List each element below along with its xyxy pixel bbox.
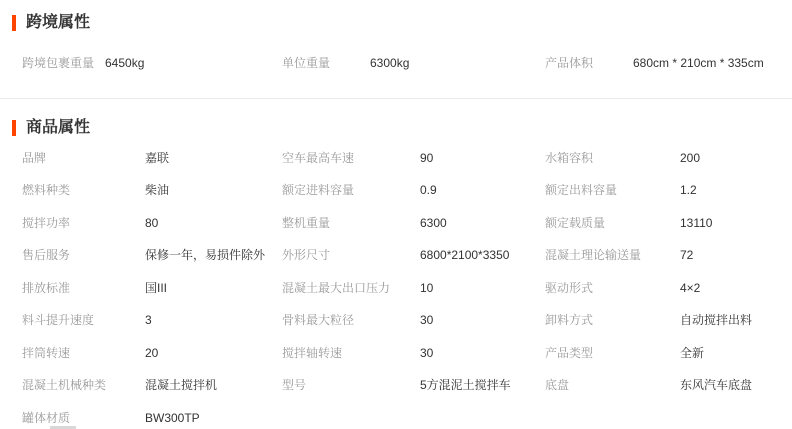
attribute-cell: 外形尺寸6800*2100*3350 — [282, 246, 545, 263]
attribute-value: 6300 — [420, 216, 447, 230]
attribute-value: 10 — [420, 281, 433, 295]
product-attributes-section: 商品属性 品牌嘉联空车最高车速90水箱容积200燃料种类柴油额定进料容量0.9额… — [0, 99, 792, 429]
attribute-value: 混凝土搅拌机 — [145, 376, 217, 393]
attribute-value: 6300kg — [370, 56, 409, 70]
attribute-cell: 单位重量6300kg — [282, 54, 545, 71]
attribute-cell: 额定进料容量0.9 — [282, 181, 545, 198]
attribute-cell: 拌筒转速20 — [22, 344, 282, 361]
attribute-cell: 水箱容积200 — [545, 149, 792, 166]
attribute-value: 1.2 — [680, 183, 697, 197]
attribute-cell: 跨境包裹重量6450kg — [22, 54, 282, 71]
attribute-cell: 售后服务保修一年，易损件除外 — [22, 246, 282, 263]
attribute-label: 卸料方式 — [545, 311, 680, 328]
attribute-row: 混凝土机械种类混凝土搅拌机型号5方混泥土搅拌车底盘东风汽车底盘 — [0, 369, 792, 402]
attribute-label: 额定出料容量 — [545, 181, 680, 198]
attribute-label: 额定载质量 — [545, 214, 680, 231]
product-attributes-page: 跨境属性 跨境包裹重量6450kg单位重量6300kg产品体积680cm * 2… — [0, 0, 792, 429]
attribute-label: 拌筒转速 — [22, 344, 145, 361]
attribute-label: 型号 — [282, 376, 420, 393]
attribute-value: 全新 — [680, 344, 704, 361]
attribute-label: 燃料种类 — [22, 181, 145, 198]
attribute-value: 0.9 — [420, 183, 437, 197]
attribute-value: 保修一年，易损件除外 — [145, 246, 265, 263]
attribute-label: 混凝土最大出口压力 — [282, 279, 420, 296]
attribute-value: 20 — [145, 346, 158, 360]
attribute-label: 额定进料容量 — [282, 181, 420, 198]
attribute-value: 3 — [145, 313, 152, 327]
attribute-row: 跨境包裹重量6450kg单位重量6300kg产品体积680cm * 210cm … — [0, 52, 792, 72]
product-section-title: 商品属性 — [26, 119, 90, 137]
attribute-value: 90 — [420, 151, 433, 165]
attribute-label: 单位重量 — [282, 54, 370, 71]
attribute-cell: 混凝土理论输送量72 — [545, 246, 792, 263]
attribute-label: 整机重量 — [282, 214, 420, 231]
attribute-value: 6450kg — [105, 56, 144, 70]
attribute-cell: 燃料种类柴油 — [22, 181, 282, 198]
attribute-value: 680cm * 210cm * 335cm — [633, 56, 764, 70]
attribute-cell: 驱动形式4×2 — [545, 279, 792, 296]
attribute-cell: 整机重量6300 — [282, 214, 545, 231]
attribute-cell: 底盘东风汽车底盘 — [545, 376, 792, 393]
attribute-label: 品牌 — [22, 149, 145, 166]
attribute-label: 产品类型 — [545, 344, 680, 361]
attribute-row: 燃料种类柴油额定进料容量0.9额定出料容量1.2 — [0, 174, 792, 207]
attribute-value: 30 — [420, 313, 433, 327]
attribute-cell: 品牌嘉联 — [22, 149, 282, 166]
attribute-row: 排放标准国III混凝土最大出口压力10驱动形式4×2 — [0, 271, 792, 304]
attribute-label: 骨料最大粒径 — [282, 311, 420, 328]
attribute-label: 混凝土机械种类 — [22, 376, 145, 393]
attribute-value: 80 — [145, 216, 158, 230]
attribute-row: 罐体材质BW300TP — [0, 401, 792, 429]
attribute-value: 13110 — [680, 216, 712, 230]
attribute-row: 拌筒转速20搅拌轴转速30产品类型全新 — [0, 336, 792, 369]
attribute-value: 东风汽车底盘 — [680, 376, 752, 393]
attribute-cell: 骨料最大粒径30 — [282, 311, 545, 328]
crossborder-attributes-section: 跨境属性 跨境包裹重量6450kg单位重量6300kg产品体积680cm * 2… — [0, 14, 792, 72]
attribute-cell: 额定载质量13110 — [545, 214, 792, 231]
attribute-row: 品牌嘉联空车最高车速90水箱容积200 — [0, 141, 792, 174]
attribute-cell: 罐体材质BW300TP — [22, 409, 282, 426]
attribute-cell: 卸料方式自动搅拌出料 — [545, 311, 792, 328]
attribute-label: 混凝土理论输送量 — [545, 246, 680, 263]
attribute-value: 72 — [680, 248, 693, 262]
attribute-row: 售后服务保修一年，易损件除外外形尺寸6800*2100*3350混凝土理论输送量… — [0, 239, 792, 272]
attribute-cell: 产品类型全新 — [545, 344, 792, 361]
attribute-cell: 空车最高车速90 — [282, 149, 545, 166]
attribute-label: 排放标准 — [22, 279, 145, 296]
attribute-value: 4×2 — [680, 281, 700, 295]
attribute-row: 料斗提升速度3骨料最大粒径30卸料方式自动搅拌出料 — [0, 304, 792, 337]
attribute-label: 水箱容积 — [545, 149, 680, 166]
attribute-label: 售后服务 — [22, 246, 145, 263]
attribute-cell: 搅拌功率80 — [22, 214, 282, 231]
attribute-label: 料斗提升速度 — [22, 311, 145, 328]
section-marker-bar — [12, 120, 16, 136]
attribute-label: 搅拌功率 — [22, 214, 145, 231]
crossborder-attributes-table: 跨境包裹重量6450kg单位重量6300kg产品体积680cm * 210cm … — [0, 52, 792, 72]
attribute-value: 柴油 — [145, 181, 169, 198]
attribute-label: 产品体积 — [545, 54, 633, 71]
crossborder-section-header: 跨境属性 — [12, 14, 792, 32]
attribute-value: 6800*2100*3350 — [420, 248, 509, 262]
attribute-value: 国III — [145, 279, 167, 296]
attribute-label: 搅拌轴转速 — [282, 344, 420, 361]
attribute-cell: 混凝土机械种类混凝土搅拌机 — [22, 376, 282, 393]
attribute-label: 外形尺寸 — [282, 246, 420, 263]
product-section-header: 商品属性 — [12, 119, 792, 137]
attribute-cell: 额定出料容量1.2 — [545, 181, 792, 198]
attribute-value: BW300TP — [145, 411, 200, 425]
attribute-label: 驱动形式 — [545, 279, 680, 296]
crossborder-section-title: 跨境属性 — [26, 14, 90, 32]
attribute-row: 搅拌功率80整机重量6300额定载质量13110 — [0, 206, 792, 239]
attribute-cell: 料斗提升速度3 — [22, 311, 282, 328]
attribute-cell: 排放标准国III — [22, 279, 282, 296]
attribute-cell: 产品体积680cm * 210cm * 335cm — [545, 54, 792, 71]
attribute-value: 200 — [680, 151, 700, 165]
attribute-value: 自动搅拌出料 — [680, 311, 752, 328]
attribute-label: 空车最高车速 — [282, 149, 420, 166]
attribute-cell: 搅拌轴转速30 — [282, 344, 545, 361]
attribute-label: 罐体材质 — [22, 409, 145, 426]
attribute-value: 嘉联 — [145, 149, 169, 166]
section-marker-bar — [12, 15, 16, 31]
attribute-label: 底盘 — [545, 376, 680, 393]
attribute-cell: 混凝土最大出口压力10 — [282, 279, 545, 296]
attribute-cell: 型号5方混泥土搅拌车 — [282, 376, 545, 393]
attribute-label: 跨境包裹重量 — [22, 54, 105, 71]
attribute-value: 5方混泥土搅拌车 — [420, 376, 511, 393]
attribute-value: 30 — [420, 346, 433, 360]
product-attributes-table: 品牌嘉联空车最高车速90水箱容积200燃料种类柴油额定进料容量0.9额定出料容量… — [0, 141, 792, 429]
